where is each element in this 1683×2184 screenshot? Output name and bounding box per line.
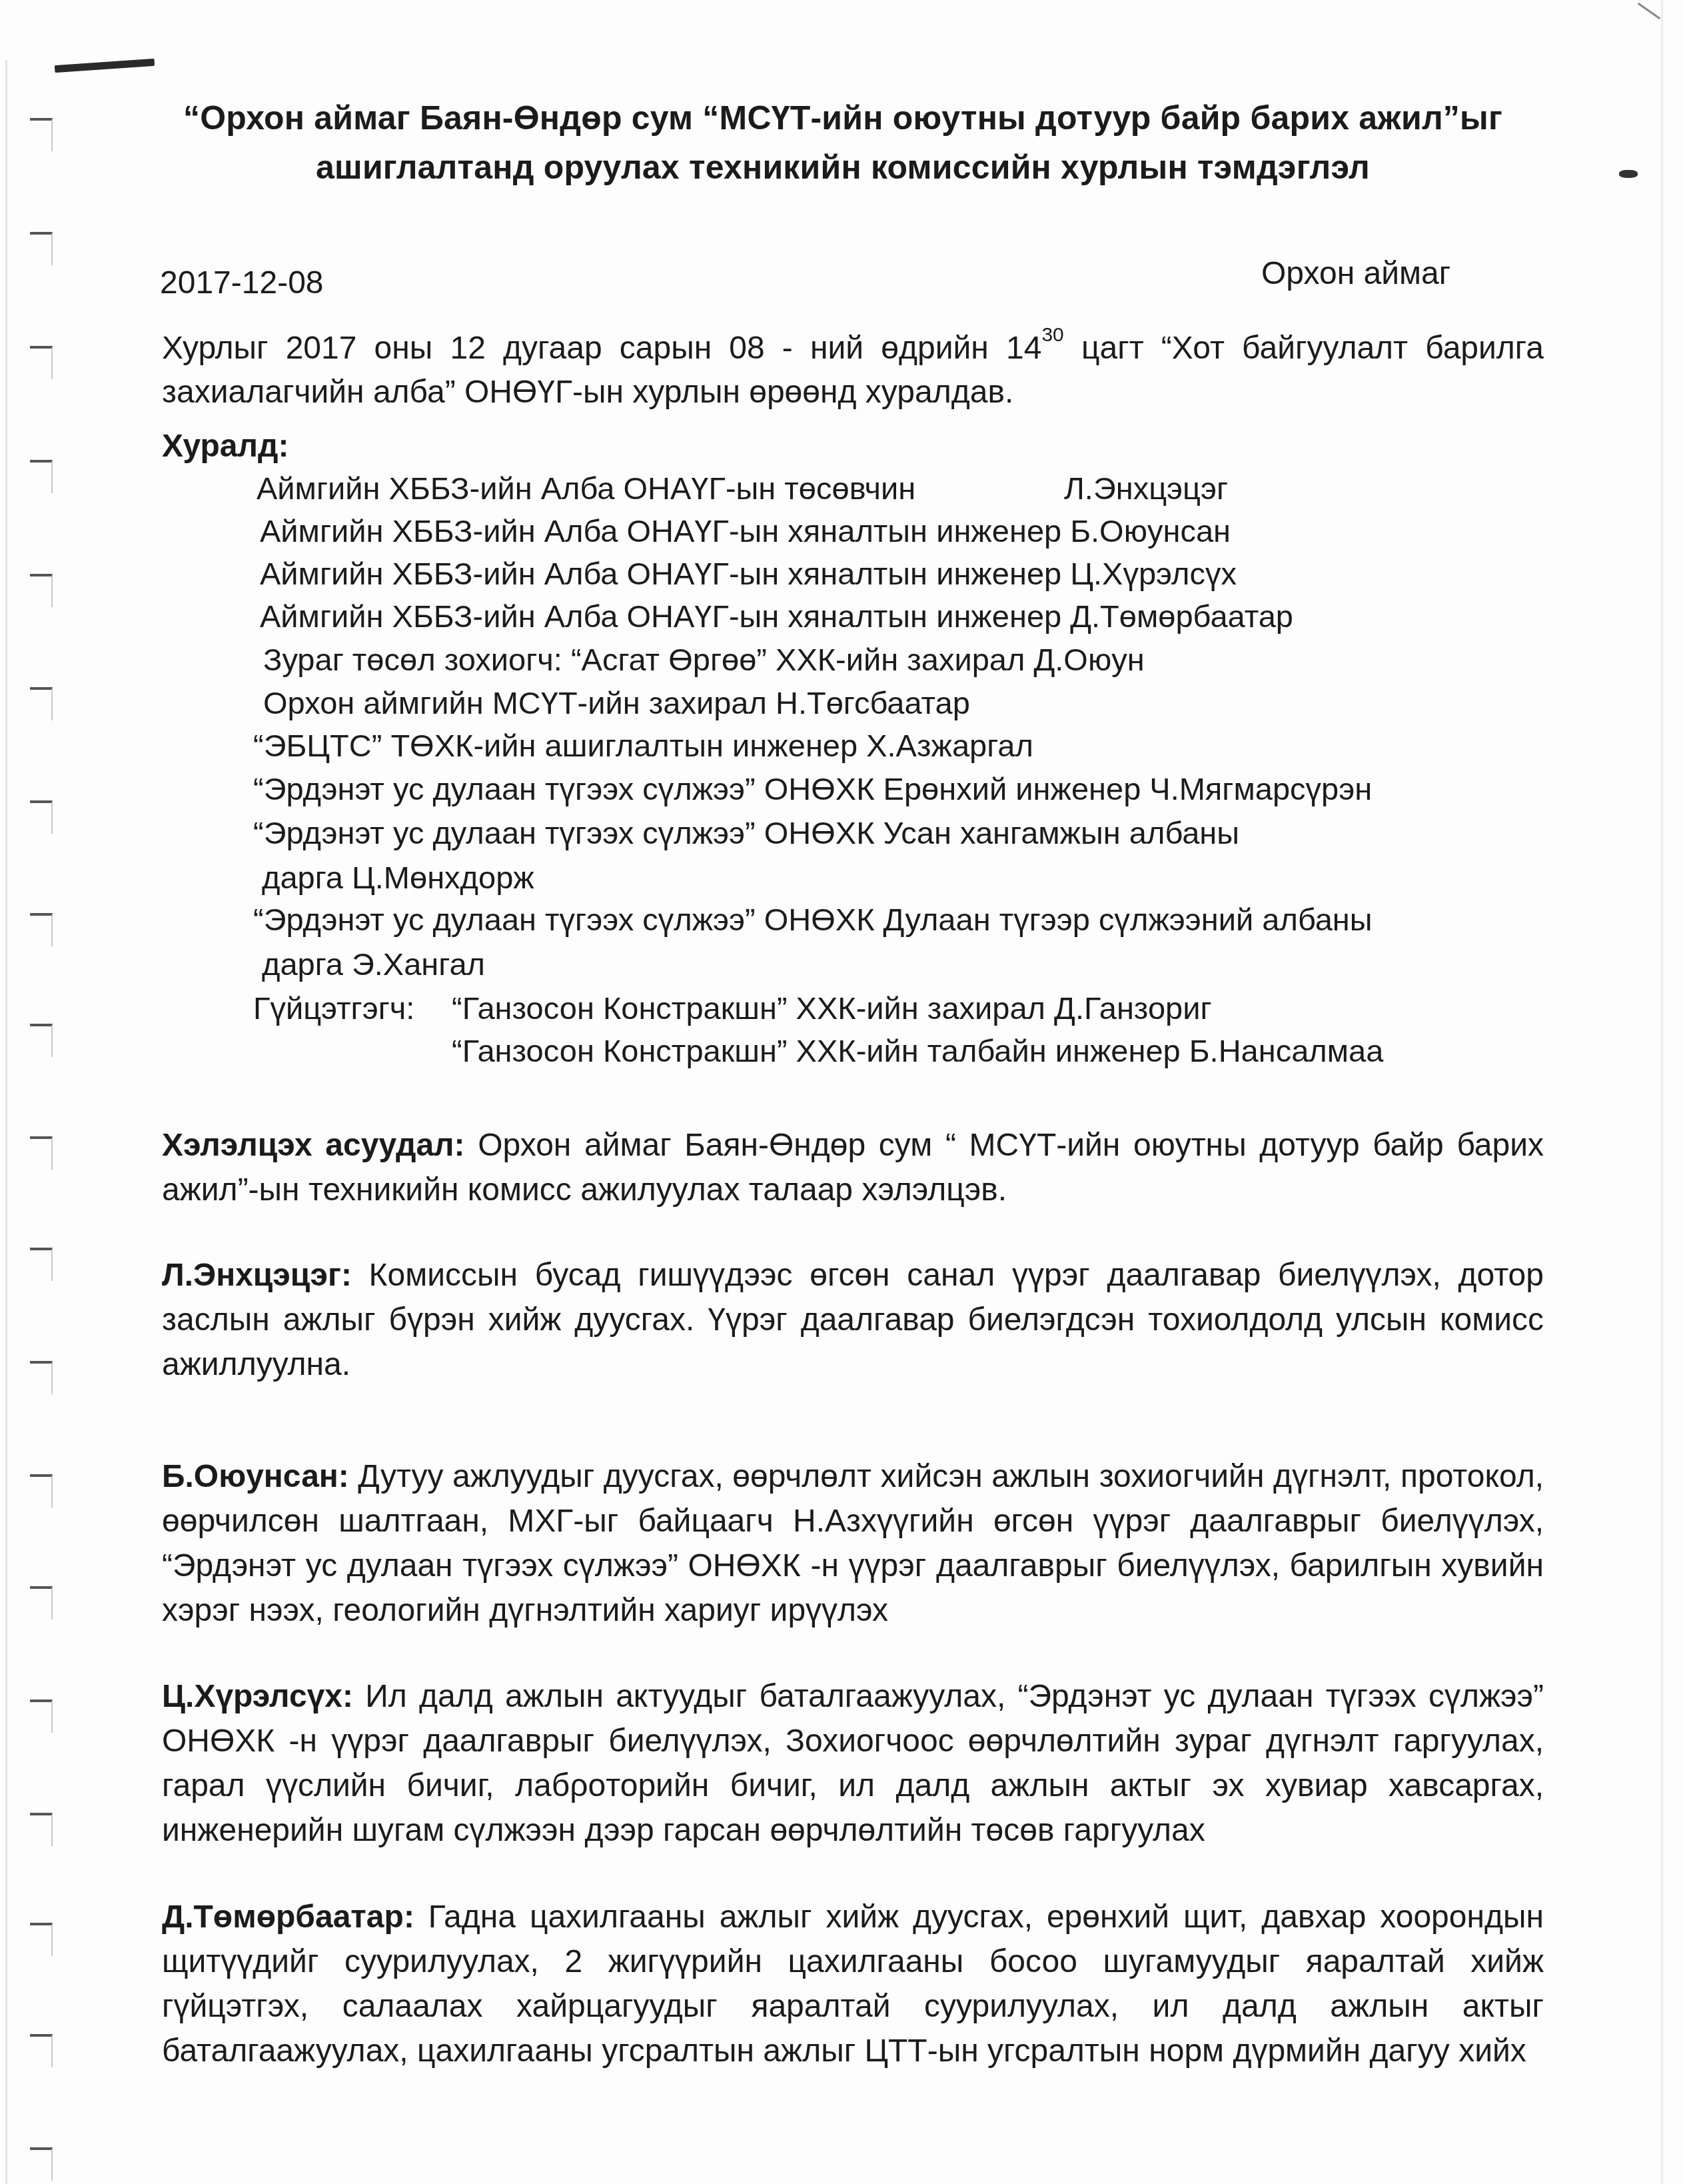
binder-hole-mark: [30, 1586, 53, 1620]
attendee-name: Л.Энхцэцэг: [1064, 469, 1228, 509]
document-location: Орхон аймаг: [1261, 254, 1450, 294]
attendee-item: “Эрдэнэт ус дулаан түгээх сүлжээ” ОНӨХК …: [253, 900, 1373, 940]
remark-speaker: Б.Оюунсан:: [162, 1459, 349, 1494]
binder-hole-mark: [30, 2147, 53, 2181]
binder-hole-mark: [30, 913, 53, 946]
attendees-heading: Хуралд:: [162, 427, 288, 467]
remark-text: Ил далд ажлын актуудыг баталгаажуулах, “…: [162, 1679, 1544, 1848]
binder-hole-mark: [30, 1813, 53, 1846]
remark-text: Дутуу ажлуудыг дуусгах, өөрчлөлт хийсэн …: [162, 1459, 1544, 1628]
binder-hole-mark: [30, 2034, 53, 2067]
scan-speck: [1619, 170, 1638, 178]
attendee-item: “ЭБЦТС” ТӨХК-ийн ашиглалтын инженер Х.Аз…: [253, 726, 1033, 766]
intro-time-minutes: 30: [1041, 324, 1063, 346]
binder-hole-mark: [30, 1474, 53, 1508]
binder-hole-mark: [30, 232, 53, 265]
binder-hole-mark: [30, 574, 53, 607]
binder-hole-mark: [30, 460, 53, 493]
attendee-item: Гүйцэтгэгч: “Ганзосон Констракшн” ХХК-ий…: [253, 988, 414, 1028]
binder-hole-mark: [30, 1248, 53, 1281]
remark-speaker: Ц.Хүрэлсүх:: [162, 1679, 353, 1714]
remark-paragraph: Ц.Хүрэлсүх: Ил далд ажлын актуудыг батал…: [162, 1674, 1544, 1853]
contractor-label: Гүйцэтгэгч:: [253, 990, 414, 1026]
title-line-2: ашиглалтанд оруулах техникийн комиссийн …: [87, 143, 1599, 192]
binder-hole-mark: [30, 687, 53, 720]
intro-text-before-time: Хурлыг 2017 оны 12 дугаар сарын 08 - ний…: [162, 331, 1041, 366]
staple-mark: [55, 59, 155, 73]
document-title: “Орхон аймаг Баян-Өндөр сум “МСҮТ-ийн ою…: [87, 93, 1599, 192]
attendee-item: Аймгийн ХББЗ-ийн Алба ОНАҮГ-ын хяналтын …: [260, 596, 1293, 636]
agenda-paragraph: Хэлэлцэх асуудал: Орхон аймаг Баян-Өндөр…: [162, 1123, 1544, 1212]
remark-paragraph: Л.Энхцэцэг: Комиссын бусад гишүүдээс өгс…: [162, 1253, 1544, 1387]
binder-hole-mark: [30, 1361, 53, 1394]
scan-page-edge-left: [5, 60, 7, 2184]
remark-speaker: Д.Төмөрбаатар:: [162, 1899, 414, 1935]
attendee-item: “Эрдэнэт ус дулаан түгээх сүлжээ” ОНӨХК …: [253, 769, 1372, 809]
scan-page-edge-right: [1661, 0, 1663, 2184]
attendee-item: Орхон аймгийн МСҮТ-ийн захирал Н.Төгсбаа…: [263, 683, 970, 723]
attendee-item: Аймгийн ХББЗ-ийн Алба ОНАҮГ-ын хяналтын …: [260, 554, 1237, 594]
intro-paragraph: Хурлыг 2017 оны 12 дугаар сарын 08 - ний…: [162, 327, 1544, 415]
remark-paragraph: Б.Оюунсан: Дутуу ажлуудыг дуусгах, өөрчл…: [162, 1454, 1544, 1633]
corner-scratch: [1638, 3, 1660, 19]
title-line-1: “Орхон аймаг Баян-Өндөр сум “МСҮТ-ийн ою…: [87, 93, 1599, 143]
attendee-item: Зураг төсөл зохиогч: “Асгат Өргөө” ХХК-и…: [263, 640, 1145, 680]
remark-speaker: Л.Энхцэцэг:: [162, 1258, 352, 1293]
attendee-item: дарга Ц.Мөнхдорж: [262, 858, 534, 898]
attendee-item: “Ганзосон Констракшн” ХХК-ийн талбайн ин…: [452, 1031, 1383, 1071]
binder-hole-mark: [30, 118, 53, 151]
binder-hole-mark: [30, 1024, 53, 1057]
binder-hole-mark: [30, 1923, 53, 1956]
binder-hole-mark: [30, 1136, 53, 1170]
document-date: 2017-12-08: [160, 263, 324, 303]
binder-hole-mark: [30, 800, 53, 834]
agenda-label: Хэлэлцэх асуудал:: [162, 1128, 465, 1163]
attendee-item: “Эрдэнэт ус дулаан түгээх сүлжээ” ОНӨХК …: [253, 813, 1239, 853]
attendee-item: Аймгийн ХББЗ-ийн Алба ОНАҮГ-ын төсөвчин …: [257, 469, 915, 509]
attendee-item: дарга Э.Хангал: [262, 944, 485, 984]
attendee-item: Аймгийн ХББЗ-ийн Алба ОНАҮГ-ын хяналтын …: [260, 511, 1231, 551]
remark-text: Комиссын бусад гишүүдээс өгсөн санал үүр…: [162, 1258, 1544, 1382]
remark-paragraph: Д.Төмөрбаатар: Гадна цахилгааны ажлыг хи…: [162, 1895, 1544, 2073]
binder-hole-mark: [30, 1699, 53, 1733]
binder-hole-mark: [30, 346, 53, 379]
